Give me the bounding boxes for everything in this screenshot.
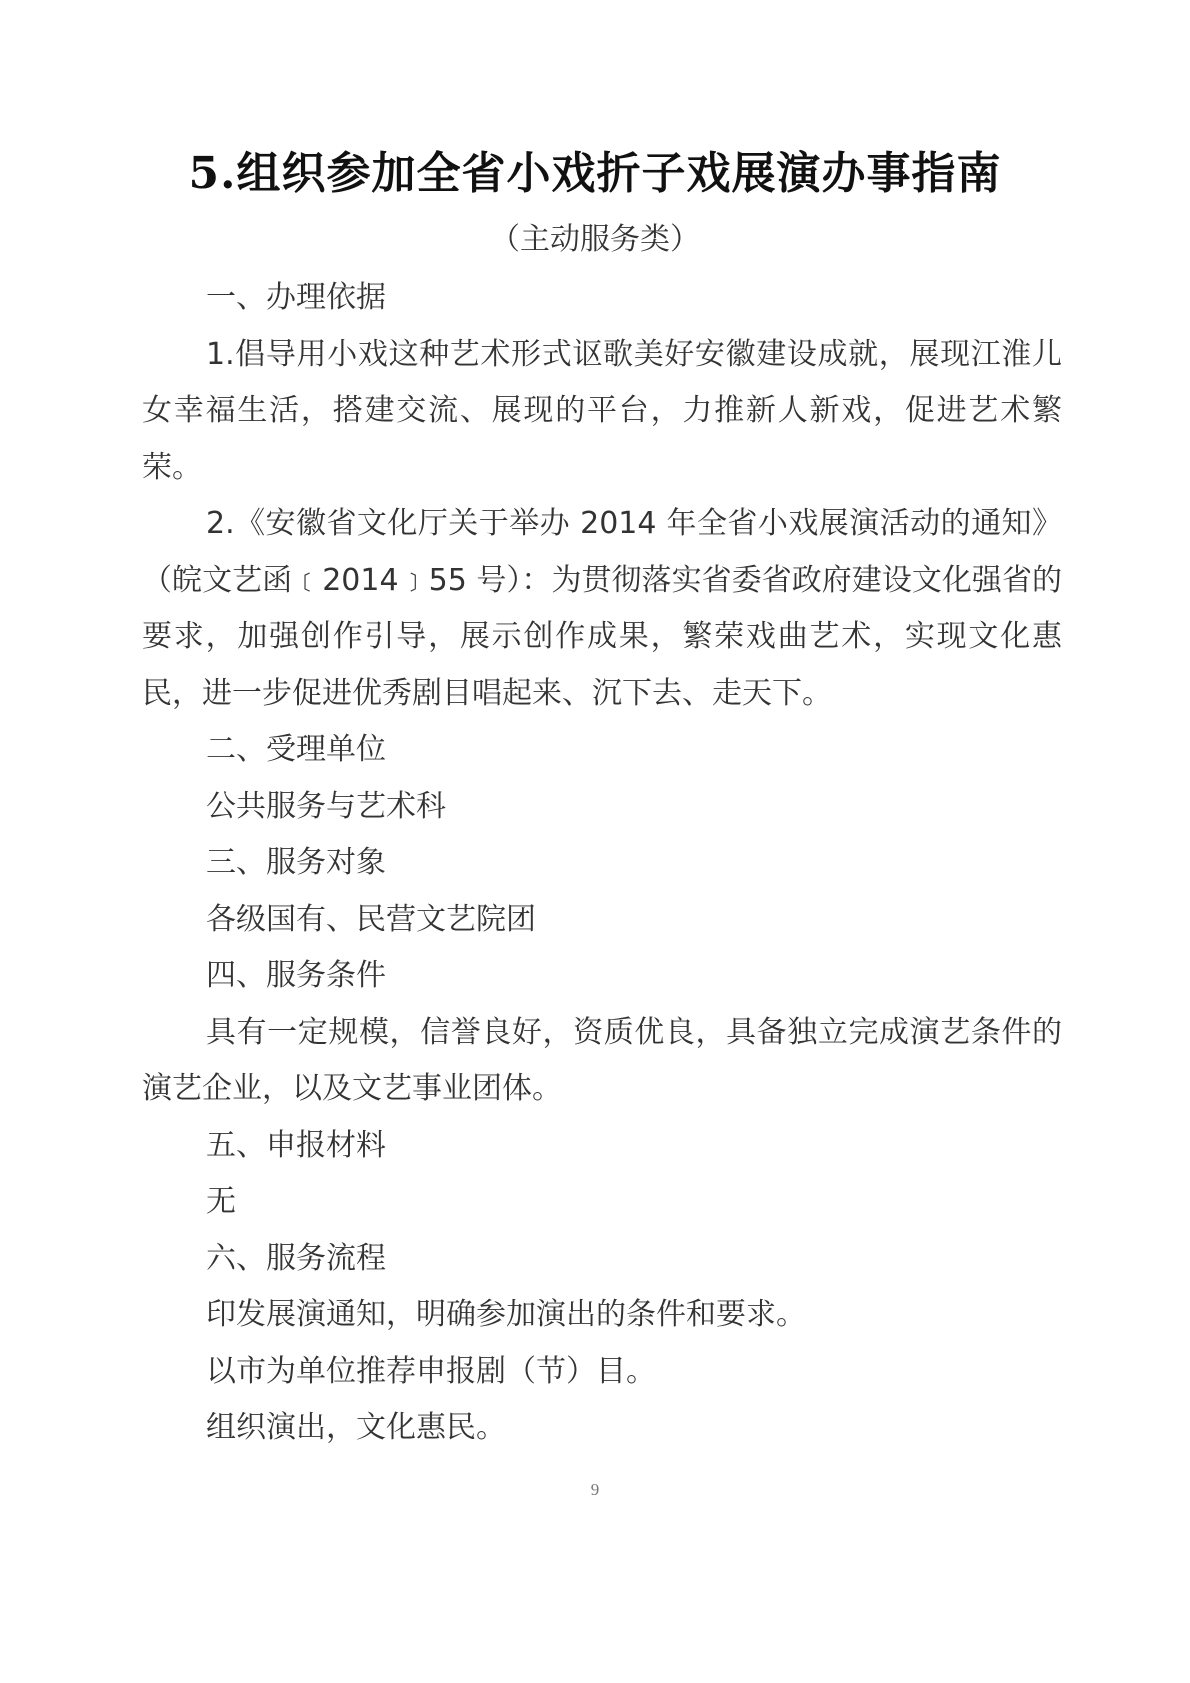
basis-item-2: 2.《安徽省文化厅关于举办 2014 年全省小戏展演活动的通知》（皖文艺函﹝20…: [142, 496, 1062, 722]
section-heading-conditions: 四、服务条件: [142, 948, 1062, 1005]
materials-text: 无: [142, 1174, 1062, 1231]
document-page: 5.组织参加全省小戏折子戏展演办事指南 （主动服务类） 一、办理依据 1.倡导用…: [0, 0, 1190, 1683]
document-body: 一、办理依据 1.倡导用小戏这种艺术形式讴歌美好安徽建设成就，展现江淮儿女幸福生…: [142, 270, 1062, 1457]
document-subtitle: （主动服务类）: [0, 216, 1190, 264]
section-heading-materials: 五、申报材料: [142, 1118, 1062, 1175]
section-heading-unit: 二、受理单位: [142, 722, 1062, 779]
unit-text: 公共服务与艺术科: [142, 779, 1062, 836]
section-heading-basis: 一、办理依据: [142, 270, 1062, 327]
section-heading-process: 六、服务流程: [142, 1231, 1062, 1288]
conditions-text: 具有一定规模，信誉良好，资质优良，具备独立完成演艺条件的演艺企业，以及文艺事业团…: [142, 1005, 1062, 1118]
target-text: 各级国有、民营文艺院团: [142, 892, 1062, 949]
document-title: 5.组织参加全省小戏折子戏展演办事指南: [0, 144, 1190, 204]
process-step-2: 以市为单位推荐申报剧（节）目。: [142, 1344, 1062, 1401]
process-step-1: 印发展演通知，明确参加演出的条件和要求。: [142, 1287, 1062, 1344]
basis-item-1: 1.倡导用小戏这种艺术形式讴歌美好安徽建设成就，展现江淮儿女幸福生活，搭建交流、…: [142, 327, 1062, 497]
section-heading-target: 三、服务对象: [142, 835, 1062, 892]
process-step-3: 组织演出，文化惠民。: [142, 1400, 1062, 1457]
page-number: 9: [0, 1480, 1190, 1500]
